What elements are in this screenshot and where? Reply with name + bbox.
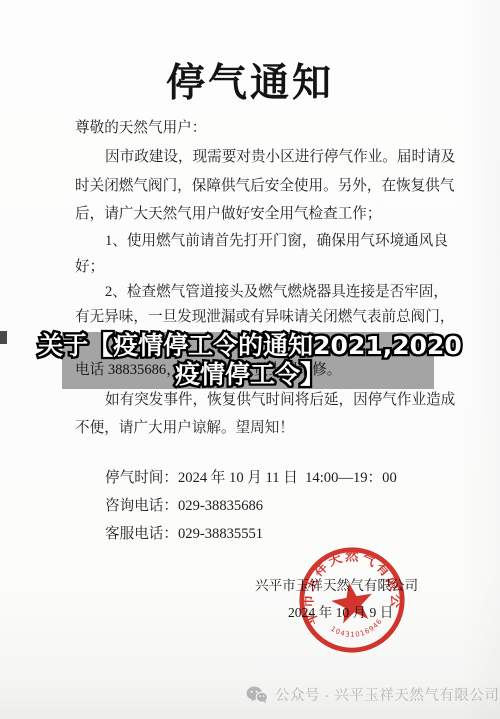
body-line: 不便，请广大用户谅解。望周知！ bbox=[75, 416, 294, 437]
headline-line-2: 疫情停工令】 疫情停工令】 bbox=[0, 360, 500, 389]
shutoff-time-line: 停气时间：2024 年 10 月 11 日 14:00—19：00 bbox=[105, 466, 397, 487]
body-line-item1: 1、使用燃气前请首先打开门窗，确保用气环境通风良 bbox=[105, 229, 448, 250]
body-line: 好； bbox=[75, 255, 104, 276]
service-phone-line: 客服电话：029-38835551 bbox=[105, 522, 263, 543]
wechat-watermark: 公众号 · 兴平玉祥天然气有限公司 bbox=[246, 684, 499, 705]
body-line: 因市政建设，现需要对贵小区进行停气作业。届时请及 bbox=[105, 145, 455, 166]
inquiry-phone-line: 咨询电话：029-38835686 bbox=[105, 494, 263, 515]
headline-line-2-fill: 疫情停工令】 bbox=[175, 360, 325, 389]
headline-line-1-fill: 关于【疫情停工令的通知2021,2020 bbox=[38, 331, 462, 360]
headline-line-1: 关于【疫情停工令的通知2021,2020 关于【疫情停工令的通知2021,202… bbox=[0, 331, 500, 360]
salutation-line: 尊敬的天然气用户： bbox=[75, 116, 206, 137]
body-line: 时关闭燃气阀门，保障供气后安全使用。另外，在恢复供气 bbox=[75, 174, 454, 195]
wechat-watermark-label: 公众号 · 兴平玉祥天然气有限公司 bbox=[275, 684, 499, 705]
body-line-item2: 2、检查燃气管道接头及燃气燃烧器具连接是否牢固， bbox=[105, 280, 448, 301]
seal-star-icon bbox=[329, 579, 376, 625]
body-line: 如有突发事件，恢复供气时间将后延，因停气作业造成 bbox=[105, 388, 455, 409]
notice-title: 停气通知 bbox=[0, 64, 500, 105]
body-line: 有无异味，一旦发现泄漏或有异味请关闭燃气表前总阀门， bbox=[75, 305, 454, 326]
body-line: 后，请广大天然气用户做好安全用气检查工作； bbox=[75, 202, 381, 223]
company-seal-icon: 兴平市玉祥天然气有限公司 6104310169465 bbox=[284, 532, 421, 669]
headline-overlay: 关于【疫情停工令的通知2021,2020 关于【疫情停工令的通知2021,202… bbox=[0, 331, 500, 389]
wechat-icon bbox=[246, 686, 268, 704]
